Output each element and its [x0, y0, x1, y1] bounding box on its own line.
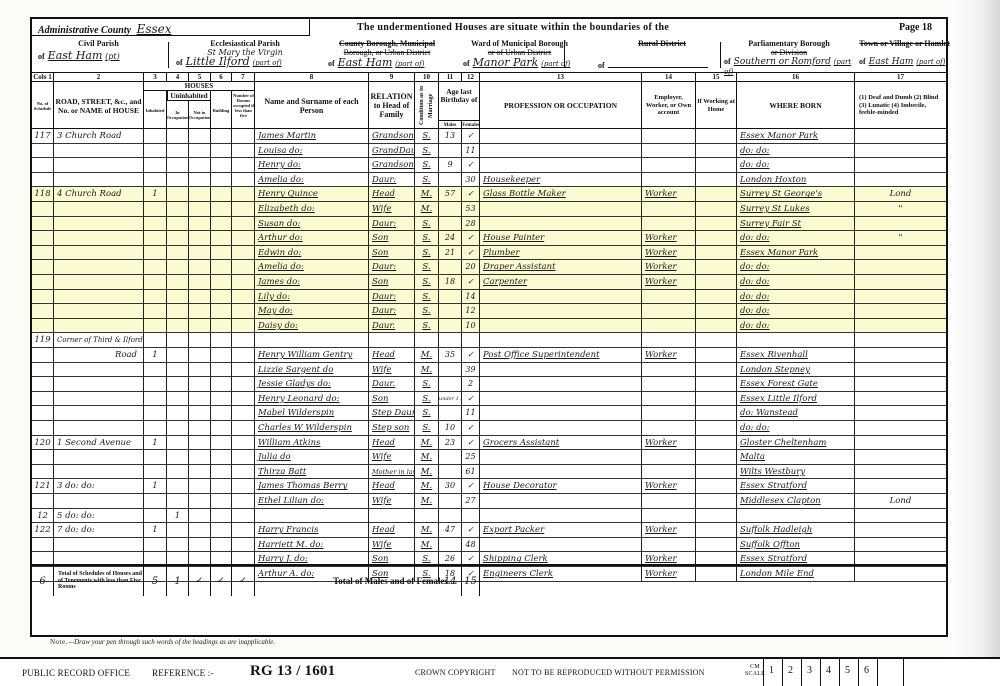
town-village-hamlet: Town or Village or Hamlet ofEast Ham (pa… [857, 36, 952, 73]
row-address: 5 do: do: [54, 509, 144, 524]
row-relation: Head [369, 436, 415, 451]
row-condition: S. [415, 392, 439, 407]
row-address [54, 392, 144, 407]
row-uninhabited-occ [167, 304, 189, 319]
row-infirmity [855, 450, 946, 465]
header-building: Building [211, 91, 232, 129]
row-name: Elizabeth do: [255, 202, 369, 217]
row-occupation [480, 158, 642, 173]
row-occupation [480, 319, 642, 334]
town-note: (part of) [916, 58, 945, 66]
table-row: Road1Henry William GentryHeadM.35✓Post O… [32, 348, 946, 363]
col-num: 4 [167, 73, 189, 82]
row-address [54, 494, 144, 509]
row-uninhabited-not [189, 348, 211, 363]
row-relation: Daur: [369, 217, 415, 232]
row-name: Daisy do: [255, 319, 369, 334]
civil-parish: Civil Parish ofEast Ham (pt) [32, 36, 165, 73]
row-schedule [32, 465, 54, 480]
row-building [211, 523, 232, 538]
row-at-home [696, 217, 737, 232]
row-building [211, 144, 232, 159]
table-row: James do:SonS.18✓CarpenterWorkerdo: do: [32, 275, 946, 290]
check-icon: ✓ [217, 576, 225, 586]
row-employer [642, 217, 696, 232]
row-relation: Wife [369, 538, 415, 553]
header-at-home: If Working at Home [696, 82, 737, 129]
table-row: Arthur do:SonS.24✓House PainterWorkerdo:… [32, 231, 946, 246]
row-schedule: 117 [32, 129, 54, 144]
row-relation: GrandDaur [369, 144, 415, 159]
row-inhabited [144, 465, 167, 480]
row-building [211, 436, 232, 451]
row-age-female: 11 [462, 406, 480, 421]
row-rooms [232, 173, 255, 188]
row-at-home [696, 450, 737, 465]
row-condition [415, 509, 439, 524]
row-uninhabited-occ: 1 [167, 509, 189, 524]
totals-persons-label: Total of Males and of Females.... [255, 566, 462, 596]
scale-tick: 4 [821, 659, 840, 686]
row-name: Harriett M. do: [255, 538, 369, 553]
col-num: 16 [737, 73, 855, 82]
row-occupation: Plumber [480, 246, 642, 261]
row-relation: Head [369, 348, 415, 363]
totals-inhabited-value: 5 [152, 576, 158, 587]
col-num: 8 [255, 73, 369, 82]
row-building [211, 450, 232, 465]
eccl-parish-label: Ecclesiastical Parish [170, 39, 320, 48]
table-row: Mabel WilderspinStep DaurS.11do: Wanstea… [32, 406, 946, 421]
row-name: Arthur do: [255, 231, 369, 246]
row-occupation [480, 129, 642, 144]
row-infirmity [855, 436, 946, 451]
table-row: Louisa do:GrandDaurS.11do: do: [32, 144, 946, 159]
row-uninhabited-occ [167, 144, 189, 159]
row-uninhabited-occ [167, 319, 189, 334]
row-uninhabited-not [189, 129, 211, 144]
row-age-female: 39 [462, 363, 480, 378]
row-age-female: ✓ [462, 421, 480, 436]
row-age-female: 12 [462, 304, 480, 319]
col-num: 7 [232, 73, 255, 82]
row-building [211, 333, 232, 348]
row-inhabited [144, 377, 167, 392]
row-relation: Wife [369, 494, 415, 509]
row-occupation [480, 202, 642, 217]
row-uninhabited-occ [167, 406, 189, 421]
row-where-born: do: Wanstead [737, 406, 855, 421]
row-rooms [232, 348, 255, 363]
row-age-female [462, 509, 480, 524]
row-infirmity [855, 509, 946, 524]
row-condition: S. [415, 246, 439, 261]
row-building [211, 465, 232, 480]
borough-note: (part of) [395, 60, 424, 68]
rural-district-value [608, 58, 708, 68]
row-at-home [696, 260, 737, 275]
row-name: Amelia do: [255, 260, 369, 275]
row-rooms [232, 217, 255, 232]
of-label: of [463, 59, 470, 68]
row-building [211, 494, 232, 509]
row-uninhabited-not [189, 363, 211, 378]
row-address [54, 158, 144, 173]
row-inhabited [144, 494, 167, 509]
boundaries-row: Civil Parish ofEast Ham (pt) Ecclesiasti… [32, 36, 946, 73]
row-relation: Daur: [369, 173, 415, 188]
ecclesiastical-parish: Ecclesiastical Parish St Mary the Virgin… [170, 36, 320, 73]
row-uninhabited-not [189, 319, 211, 334]
borough-value: East Ham [338, 56, 393, 69]
row-uninhabited-not [189, 173, 211, 188]
row-infirmity: " [855, 231, 946, 246]
row-at-home [696, 406, 737, 421]
table-row: Lizzie Sargent doWifeM.39London Stepney [32, 363, 946, 378]
row-age-female: ✓ [462, 158, 480, 173]
row-age-male: 10 [439, 421, 462, 436]
row-age-male [439, 144, 462, 159]
row-rooms [232, 465, 255, 480]
row-name: Jessie Gladys do: [255, 377, 369, 392]
row-where-born: Suffolk Offton [737, 538, 855, 553]
table-row: Edwin do:SonS.21✓PlumberWorkerEssex Mano… [32, 246, 946, 261]
row-infirmity: Lond [855, 187, 946, 202]
row-age-female: 10 [462, 319, 480, 334]
row-name: Henry Quince [255, 187, 369, 202]
row-age-male [439, 304, 462, 319]
row-inhabited [144, 421, 167, 436]
row-schedule [32, 392, 54, 407]
row-where-born: Essex Little Ilford [737, 392, 855, 407]
parl-label-2: or Division [724, 48, 854, 57]
row-infirmity [855, 421, 946, 436]
row-uninhabited-not [189, 260, 211, 275]
col-num: 3 [144, 73, 167, 82]
col-num: 17 [855, 73, 946, 82]
ward-note: (part of) [541, 60, 570, 68]
row-age-female: 28 [462, 217, 480, 232]
row-infirmity [855, 158, 946, 173]
scale-tick: 2 [783, 659, 802, 686]
row-schedule [32, 231, 54, 246]
table-row: Amelia do:Daur:S.30HousekeeperLondon Hox… [32, 173, 946, 188]
row-employer [642, 509, 696, 524]
row-building [211, 275, 232, 290]
row-relation: Son [369, 392, 415, 407]
row-age-male: 57 [439, 187, 462, 202]
row-employer: Worker [642, 348, 696, 363]
row-schedule [32, 319, 54, 334]
col-num: 2 [54, 73, 144, 82]
note-text: —Draw your pen through such words of the… [68, 638, 275, 646]
row-building [211, 290, 232, 305]
row-occupation [480, 144, 642, 159]
row-infirmity [855, 260, 946, 275]
row-age-male: 23 [439, 436, 462, 451]
row-schedule [32, 173, 54, 188]
row-inhabited [144, 173, 167, 188]
row-uninhabited-not [189, 479, 211, 494]
parl-value: Southern or Romford [734, 57, 831, 67]
row-uninhabited-occ [167, 275, 189, 290]
table-row: Harriett M. do:WifeM.48Suffolk Offton [32, 538, 946, 553]
header-occupation: PROFESSION OR OCCUPATION [480, 82, 642, 129]
row-uninhabited-occ [167, 290, 189, 305]
totals-blank [480, 566, 946, 596]
row-relation: Head [369, 523, 415, 538]
row-condition: S. [415, 406, 439, 421]
row-infirmity [855, 217, 946, 232]
row-at-home [696, 275, 737, 290]
header-females: Females [462, 120, 480, 129]
row-schedule [32, 275, 54, 290]
row-age-male [439, 319, 462, 334]
row-schedule [32, 290, 54, 305]
row-age-male [439, 450, 462, 465]
eccl-parish-value: Little Ilford [186, 55, 250, 68]
row-uninhabited-not [189, 436, 211, 451]
row-relation: Daur: [369, 304, 415, 319]
row-where-born [737, 509, 855, 524]
row-employer [642, 304, 696, 319]
row-address [54, 231, 144, 246]
row-schedule [32, 377, 54, 392]
row-condition: M. [415, 436, 439, 451]
row-occupation [480, 304, 642, 319]
town-value: East Ham [869, 57, 914, 67]
row-employer: Worker [642, 275, 696, 290]
row-occupation [480, 217, 642, 232]
row-infirmity [855, 406, 946, 421]
header-name: Name and Surname of each Person [255, 82, 369, 129]
row-age-male [439, 333, 462, 348]
row-infirmity [855, 290, 946, 305]
row-schedule [32, 260, 54, 275]
row-employer [642, 465, 696, 480]
row-at-home [696, 436, 737, 451]
row-building [211, 509, 232, 524]
row-occupation: Housekeeper [480, 173, 642, 188]
row-uninhabited-not [189, 231, 211, 246]
row-uninhabited-not [189, 377, 211, 392]
totals-females: 15 [462, 566, 480, 596]
row-at-home [696, 129, 737, 144]
row-at-home [696, 523, 737, 538]
header-employer: Employer, Worker, or Own account [642, 82, 696, 129]
row-building [211, 202, 232, 217]
row-condition: S. [415, 275, 439, 290]
row-rooms [232, 275, 255, 290]
row-where-born: Essex Manor Park [737, 129, 855, 144]
row-occupation: Post Office Superintendent [480, 348, 642, 363]
row-inhabited: 1 [144, 436, 167, 451]
row-schedule: 119 [32, 333, 54, 348]
row-employer [642, 319, 696, 334]
row-employer: Worker [642, 260, 696, 275]
row-relation: Son [369, 275, 415, 290]
row-condition: S. [415, 304, 439, 319]
table-row: Charles W WilderspinStep sonS.10✓do: do: [32, 421, 946, 436]
row-uninhabited-not [189, 187, 211, 202]
row-inhabited [144, 275, 167, 290]
header-houses: HOUSES Inhabited Uninhabited In Occupati… [144, 82, 255, 129]
row-address [54, 465, 144, 480]
row-uninhabited-occ [167, 377, 189, 392]
row-address [54, 450, 144, 465]
row-where-born: Essex Manor Park [737, 246, 855, 261]
row-employer [642, 538, 696, 553]
row-address: 3 do: do: [54, 479, 144, 494]
note-prefix: Note. [50, 638, 68, 646]
row-at-home [696, 202, 737, 217]
row-at-home [696, 158, 737, 173]
row-rooms [232, 538, 255, 553]
table-row: Thirza BattMother in lawM.61Wilts Westbu… [32, 465, 946, 480]
row-building [211, 479, 232, 494]
row-occupation [480, 421, 642, 436]
header-uninhabited: Uninhabited [167, 91, 211, 101]
row-employer: Worker [642, 231, 696, 246]
row-rooms [232, 246, 255, 261]
row-rooms [232, 290, 255, 305]
row-inhabited [144, 538, 167, 553]
row-building [211, 392, 232, 407]
header-males: Males [439, 120, 462, 129]
row-rooms [232, 392, 255, 407]
table-row: Daisy do:Daur.S.10do: do: [32, 319, 946, 334]
row-at-home [696, 246, 737, 261]
row-age-female: 2 [462, 377, 480, 392]
row-rooms [232, 523, 255, 538]
parl-label-1: Parliamentary Borough [748, 39, 829, 48]
row-age-male [439, 202, 462, 217]
admin-county-value: Essex [137, 22, 172, 36]
row-age-male: 9 [439, 158, 462, 173]
row-where-born: Essex Rivenhall [737, 348, 855, 363]
check-icon: ✓ [239, 576, 247, 586]
row-where-born: do: do: [737, 260, 855, 275]
row-condition: S. [415, 173, 439, 188]
row-occupation [480, 406, 642, 421]
row-uninhabited-not [189, 290, 211, 305]
row-where-born: do: do: [737, 319, 855, 334]
col-num: 13 [480, 73, 642, 82]
row-inhabited [144, 406, 167, 421]
row-address [54, 290, 144, 305]
row-at-home [696, 144, 737, 159]
row-where-born: do: do: [737, 275, 855, 290]
row-at-home [696, 479, 737, 494]
header-in-occupation: In Occupation [167, 101, 189, 129]
parliamentary-borough: Parliamentary Borough or Division ofSout… [724, 36, 854, 73]
row-address [54, 363, 144, 378]
divider [720, 42, 721, 68]
row-occupation [480, 290, 642, 305]
row-uninhabited-occ [167, 494, 189, 509]
row-relation: Grandson [369, 129, 415, 144]
header-age: Age last Birthday of Males Females [439, 82, 480, 129]
row-age-male [439, 465, 462, 480]
row-address: 3 Church Road [54, 129, 144, 144]
row-where-born: Wilts Westbury [737, 465, 855, 480]
row-occupation: House Painter [480, 231, 642, 246]
row-rooms [232, 144, 255, 159]
of-label: of [328, 59, 335, 68]
row-infirmity [855, 538, 946, 553]
row-rooms [232, 231, 255, 246]
row-condition: M. [415, 202, 439, 217]
row-address [54, 202, 144, 217]
totals-inhabited: 5 [144, 566, 167, 596]
row-building [211, 260, 232, 275]
of-label: of [724, 57, 731, 66]
table-row: 1184 Church Road1Henry QuinceHeadM.57✓Gl… [32, 187, 946, 202]
row-infirmity [855, 173, 946, 188]
row-at-home [696, 290, 737, 305]
col-num: Cols 1 [32, 73, 54, 82]
row-name: Thirza Batt [255, 465, 369, 480]
row-uninhabited-occ [167, 465, 189, 480]
row-uninhabited-not [189, 304, 211, 319]
row-relation: Wife [369, 450, 415, 465]
row-where-born: do: do: [737, 231, 855, 246]
row-condition: M. [415, 187, 439, 202]
of-label: of [598, 61, 605, 70]
row-inhabited: 1 [144, 187, 167, 202]
row-inhabited: 1 [144, 348, 167, 363]
row-age-male [439, 509, 462, 524]
row-address [54, 217, 144, 232]
row-infirmity [855, 246, 946, 261]
scale-tick: 6 [859, 659, 878, 686]
row-uninhabited-occ [167, 202, 189, 217]
totals-males: 14 [439, 566, 462, 596]
page-number: Page 18 [899, 22, 932, 33]
row-uninhabited-occ [167, 217, 189, 232]
row-occupation [480, 465, 642, 480]
row-rooms [232, 479, 255, 494]
admin-county-label: Administrative County [38, 25, 131, 36]
totals-schedules: 6 [32, 566, 54, 596]
table-row: Henry do:GrandsonS.9✓do: do: [32, 158, 946, 173]
table-row: 1213 do: do:1James Thomas BerryHeadM.30✓… [32, 479, 946, 494]
row-inhabited [144, 217, 167, 232]
table-row: 119Corner of Third & Ilford [32, 333, 946, 348]
row-employer [642, 333, 696, 348]
row-where-born: do: do: [737, 290, 855, 305]
row-age-female: 11 [462, 144, 480, 159]
row-uninhabited-not [189, 392, 211, 407]
row-age-male: 35 [439, 348, 462, 363]
row-at-home [696, 465, 737, 480]
civil-parish-label: Civil Parish [32, 39, 165, 48]
row-uninhabited-occ [167, 348, 189, 363]
row-relation: Grandson [369, 158, 415, 173]
row-uninhabited-not [189, 217, 211, 232]
row-employer: Worker [642, 187, 696, 202]
row-infirmity [855, 333, 946, 348]
row-at-home [696, 348, 737, 363]
row-name: Louisa do: [255, 144, 369, 159]
row-age-female: ✓ [462, 479, 480, 494]
col-num: 14 [642, 73, 696, 82]
row-at-home [696, 363, 737, 378]
row-schedule [32, 421, 54, 436]
col-num: 11 [439, 73, 462, 82]
row-age-female: ✓ [462, 129, 480, 144]
col-num: 12 [462, 73, 480, 82]
